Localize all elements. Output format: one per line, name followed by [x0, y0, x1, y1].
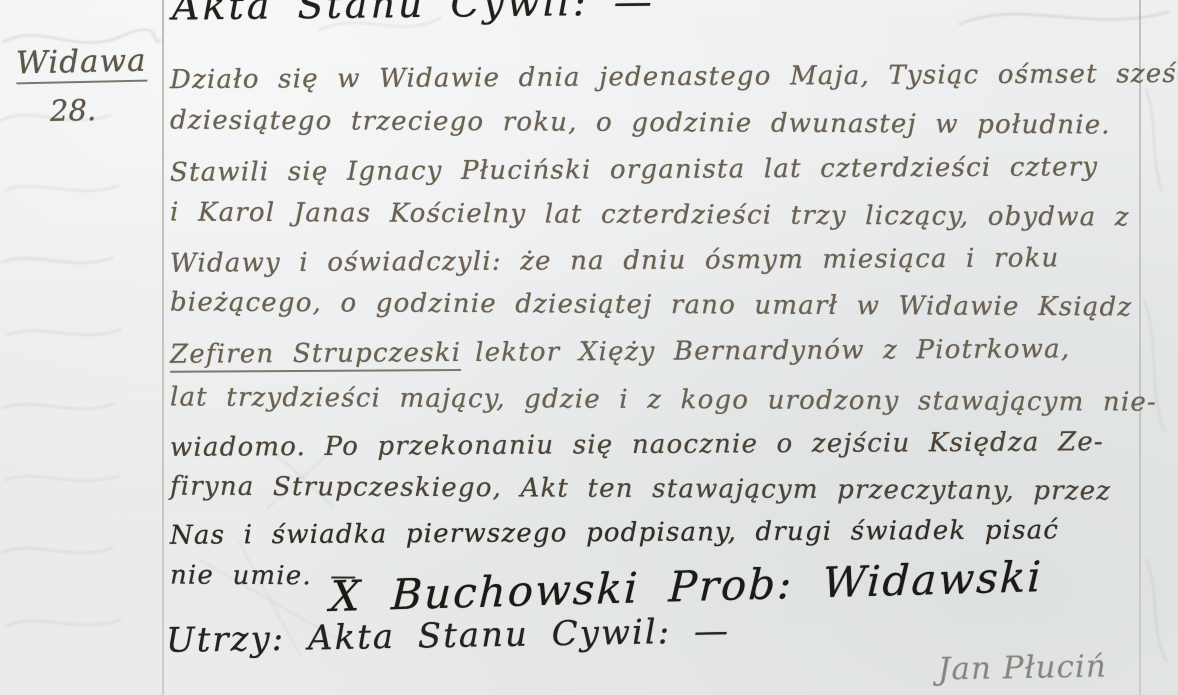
margin-annotation: Widawa 28.	[16, 44, 147, 127]
record-line-rest: lektor Xięży Bernardynów z Piotrkowa,	[475, 334, 1070, 368]
margin-place-name: Widawa	[16, 43, 147, 85]
record-line: bieżącego, o godzinie dziesiątej rano um…	[170, 287, 1132, 322]
record-line: nie umie. —	[170, 561, 358, 592]
margin-rule-line	[162, 0, 164, 695]
record-line-deceased: Zefiren Strupczeskilektor Xięży Bernardy…	[170, 334, 1070, 369]
record-number: 28.	[50, 92, 147, 128]
record-line: Działo się w Widawie dnia jedenastego Ma…	[170, 59, 1178, 95]
page-edge-rule-line	[1139, 0, 1141, 695]
deceased-name: Zefiren Strupczeski	[170, 338, 461, 373]
record-line: Widawy i oświadczyli: że na dniu ósmym m…	[170, 243, 1060, 278]
record-line: wiadomo. Po przekonaniu się naocznie o z…	[170, 427, 1104, 463]
record-line: Stawili się Ignacy Płuciński organista l…	[170, 152, 1098, 188]
record-line: lat trzydzieści mający, gdzie i z kogo u…	[170, 382, 1157, 417]
record-line: i Karol Janas Kościelny lat czterdzieści…	[170, 197, 1130, 232]
record-line: dziesiątego trzeciego roku, o godzinie d…	[170, 106, 1111, 141]
next-record-fragment: Jan Płuciń	[938, 649, 1107, 688]
record-line: Nas i świadka pierwszego podpisany, drug…	[170, 515, 1059, 550]
register-page: Akta Stanu Cywil: — Widawa 28. Działo si…	[0, 0, 1178, 695]
record-line: firyna Strupczeskiego, Akt ten stawający…	[170, 472, 1111, 507]
